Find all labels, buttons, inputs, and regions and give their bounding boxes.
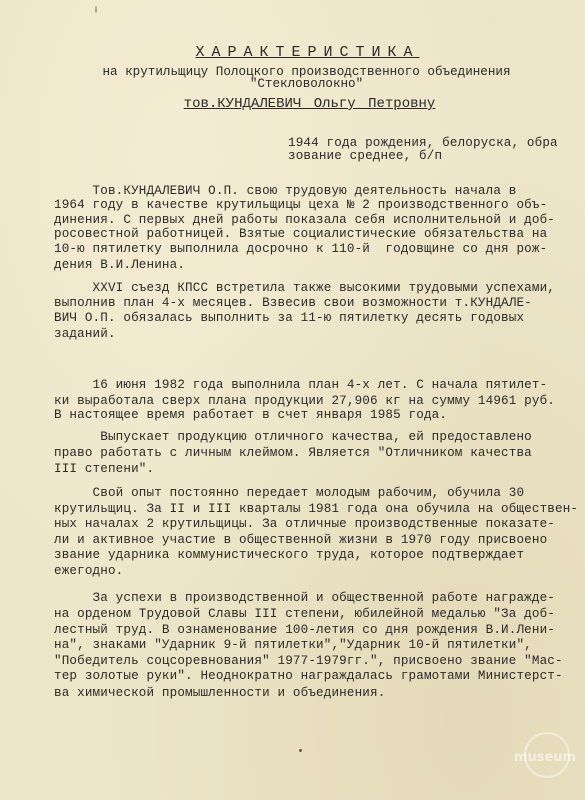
body-text-line: 16 июня 1982 года выполнила план 4-х лет… (54, 378, 547, 392)
body-text-line: ВИЧ О.П. обязалась выполнить за 11-ю пят… (54, 311, 524, 325)
body-text-line: тер золотые руки". Неоднократно награжда… (54, 669, 563, 683)
document-subtitle-line2: "Стекловолокно" (0, 77, 585, 91)
watermark-text: museum (510, 750, 580, 765)
body-text-line: III степени". (54, 462, 154, 476)
body-text-line: ки выработала сверх плана продукции 27,9… (54, 394, 555, 408)
body-text-line: лестный труд. В ознаменование 100-летия … (54, 623, 555, 637)
body-text-line: ли и активное участие в общественной жиз… (54, 533, 547, 547)
employee-name: тов.КУНДАЛЕВИЧ Ольгу Петровну (0, 96, 585, 112)
paper-speck (95, 6, 97, 13)
museum-watermark: museum (510, 730, 580, 794)
body-text-line: ежегодно. (54, 564, 123, 578)
body-text-line: ных началах 2 крутильщицы. За отличные п… (54, 517, 555, 531)
body-text-line: динения. С первых дней работы показала с… (54, 213, 555, 227)
body-text-line: XXVI съезд КПСС встретила также высокими… (54, 281, 555, 295)
body-text-line: на", знаками "Ударник 9-й пятилетки","Уд… (54, 638, 532, 652)
body-text-line: 1964 году в качестве крутильщицы цеха № … (54, 198, 547, 212)
body-text-line: заданий. (54, 327, 116, 341)
body-text-line: За успехи в производственной и обществен… (54, 591, 555, 605)
body-text-line: звание ударника коммунистического труда,… (54, 548, 524, 562)
bio-line: зование среднее, б/п (288, 149, 442, 163)
body-text-line: дения В.И.Ленина. (54, 258, 185, 272)
body-text-line: ва химической промышленности и объединен… (54, 686, 385, 700)
body-text-line: В настоящее время работает в счет января… (54, 408, 447, 422)
body-text-line: право работать с личным клеймом. Являетс… (54, 446, 532, 460)
body-text-line: на орденом Трудовой Славы III степени, ю… (54, 607, 555, 621)
body-text-line: Выпускает продукцию отличного качества, … (54, 430, 532, 444)
body-text-line: выполнив план 4-х месяцев. Взвесив свои … (54, 296, 532, 310)
paper-speck (299, 749, 302, 752)
body-text-line: Свой опыт постоянно передает молодым раб… (54, 486, 524, 500)
document-title: ХАРАКТЕРИСТИКА (0, 44, 585, 61)
bio-line: 1944 года рождения, белоруска, обра (288, 136, 558, 150)
body-text-line: 10-ю пятилетку выполнила досрочно к 110-… (54, 242, 547, 256)
body-text-line: росовестной работницей. Взятые социалист… (54, 227, 547, 241)
body-text-line: Тов.КУНДАЛЕВИЧ О.П. свою трудовую деятел… (54, 184, 516, 198)
body-text-line: "Победитель соцсоревнования" 1977-1979гг… (54, 654, 563, 668)
document-page: ХАРАКТЕРИСТИКА на крутильщицу Полоцкого … (0, 0, 585, 800)
body-text-line: крутильщиц. За II и III кварталы 1981 го… (54, 502, 578, 516)
